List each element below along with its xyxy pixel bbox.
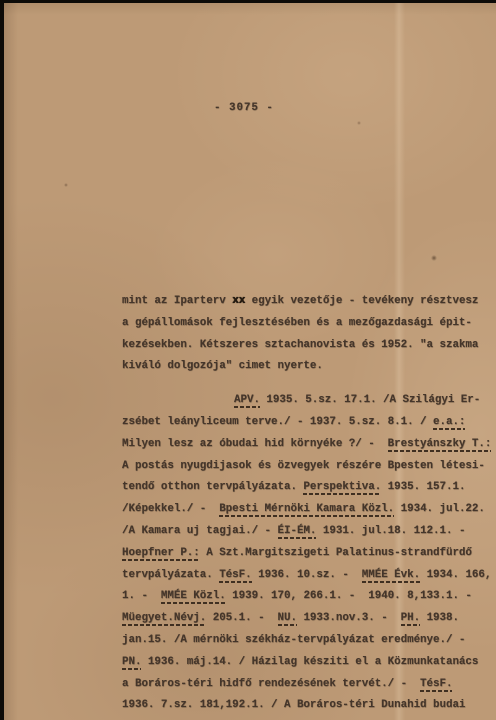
text-line: Milyen lesz az óbudai hid környéke ?/ - … — [122, 434, 496, 456]
text-line: /Képekkel./ - Bpesti Mérnöki Kamara Közl… — [122, 499, 496, 521]
text-segment: 1936. 7.sz. 181,192.1. / A Boráros-téri … — [122, 699, 465, 711]
text-segment: 1. - — [122, 590, 161, 602]
text-line: a gépállomások fejlesztésében és a mezőg… — [122, 313, 496, 335]
text-segment: mint az Iparterv — [122, 295, 232, 307]
text-segment: /A Kamara uj tagjai./ - — [122, 525, 278, 537]
underlined-text: APV. — [234, 394, 260, 408]
page-paper: - 3075 - mint az Iparterv xx egyik vezet… — [4, 3, 496, 720]
underlined-text: TésF. — [420, 678, 452, 692]
text-line: Müegyet.Névj. 205.1. - NU. 1933.nov.3. -… — [122, 608, 496, 630]
text-line: zsébet leányliceum terve./ - 1937. 5.sz.… — [122, 412, 496, 434]
typewritten-text: mint az Iparterv xx egyik vezetője - tev… — [122, 291, 496, 717]
text-segment: 1933.nov.3. - — [297, 612, 401, 624]
text-line: a Boráros-téri hidfő rendezésének tervét… — [122, 674, 496, 696]
text-line: kezésekben. Kétszeres sztachanovista és … — [122, 335, 496, 357]
text-segment: kezésekben. Kétszeres sztachanovista és … — [122, 339, 478, 351]
paragraph: mint az Iparterv xx egyik vezetője - tev… — [122, 291, 496, 378]
text-line: 1936. 7.sz. 181,192.1. / A Boráros-téri … — [122, 695, 496, 717]
text-segment: a Boráros-téri hidfő rendezésének tervét… — [122, 678, 420, 690]
text-line: tervpályázata. TésF. 1936. 10.sz. - MMÉE… — [122, 565, 496, 587]
text-segment: jan.15. /A mérnöki székház-tervpályázat … — [122, 634, 465, 646]
text-line: /A Kamara uj tagjai./ - ÉI-ÉM. 1931. jul… — [122, 521, 496, 543]
text-segment: a gépállomások fejlesztésében és a mezőg… — [122, 317, 472, 329]
text-line: mint az Iparterv xx egyik vezetője - tev… — [122, 291, 496, 313]
underlined-text: PN. — [122, 656, 141, 670]
text-segment: 1936. máj.14. / Házilag késziti el a Köz… — [141, 656, 478, 668]
text-line: kiváló dolgozója" cimet nyerte. — [122, 356, 496, 378]
text-line: APV. 1935. 5.sz. 17.1. /A Szilágyi Er- — [122, 390, 496, 412]
text-segment: 205.1. - — [206, 612, 277, 624]
paragraph: APV. 1935. 5.sz. 17.1. /A Szilágyi Er-zs… — [122, 390, 496, 717]
text-line: 1. - MMÉE Közl. 1939. 170, 266.1. - 1940… — [122, 586, 496, 608]
underlined-text: TésF. — [219, 569, 251, 583]
text-segment: kiváló dolgozója" cimet nyerte. — [122, 360, 323, 372]
text-segment: 1935. 5.sz. 17.1. /A Szilágyi Er- — [260, 394, 480, 406]
text-segment: Milyen lesz az óbudai hid környéke ?/ - — [122, 438, 388, 450]
underlined-text: Bpesti Mérnöki Kamara Közl. — [219, 503, 394, 517]
underlined-text: PH. — [401, 612, 420, 626]
scanned-document-page: { "colors": { "paper": "#bd9a76", "ink":… — [0, 0, 496, 720]
text-segment: tendő otthon tervpályázata. — [122, 481, 303, 493]
underlined-text: MMÉE Közl. — [161, 590, 226, 604]
underlined-text: Müegyet.Névj. — [122, 612, 206, 626]
text-line: A postás nyugdijasok és özvegyek részére… — [122, 456, 496, 478]
underlined-text: e.a.: — [433, 416, 465, 430]
text-segment: 1938. — [420, 612, 459, 624]
text-segment: egyik vezetője - tevékeny résztvesz — [245, 295, 478, 307]
text-segment: 1935. 157.1. — [381, 481, 465, 493]
text-segment: xx — [232, 295, 245, 307]
underlined-text: Perspektiva. — [303, 481, 381, 495]
underlined-text: MMÉE Évk. — [362, 569, 420, 583]
text-segment: A Szt.Margitszigeti Palatinus-strandfürd… — [200, 547, 472, 559]
text-segment: 1934. jul.22. — [394, 503, 485, 515]
text-segment: /Képekkel./ - — [122, 503, 219, 515]
text-segment: A postás nyugdijasok és özvegyek részére… — [122, 460, 485, 472]
underlined-text: ÉI-ÉM. — [278, 525, 317, 539]
text-segment: 1936. 10.sz. - — [252, 569, 362, 581]
text-segment: 1931. jul.18. 112.1. - — [316, 525, 465, 537]
page-number: - 3075 - — [214, 102, 274, 114]
underlined-text: Hoepfner P.: — [122, 547, 200, 561]
text-segment: tervpályázata. — [122, 569, 219, 581]
text-line: Hoepfner P.: A Szt.Margitszigeti Palatin… — [122, 543, 496, 565]
underlined-text: Brestyánszky T.: — [388, 438, 492, 452]
underlined-text: NU. — [278, 612, 297, 626]
text-line: tendő otthon tervpályázata. Perspektiva.… — [122, 477, 496, 499]
text-line: PN. 1936. máj.14. / Házilag késziti el a… — [122, 652, 496, 674]
text-segment: 1934. 166, — [420, 569, 491, 581]
text-line: jan.15. /A mérnöki székház-tervpályázat … — [122, 630, 496, 652]
text-segment: 1939. 170, 266.1. - 1940. 8,133.1. - — [226, 590, 472, 602]
text-segment: zsébet leányliceum terve./ - 1937. 5.sz.… — [122, 416, 433, 428]
